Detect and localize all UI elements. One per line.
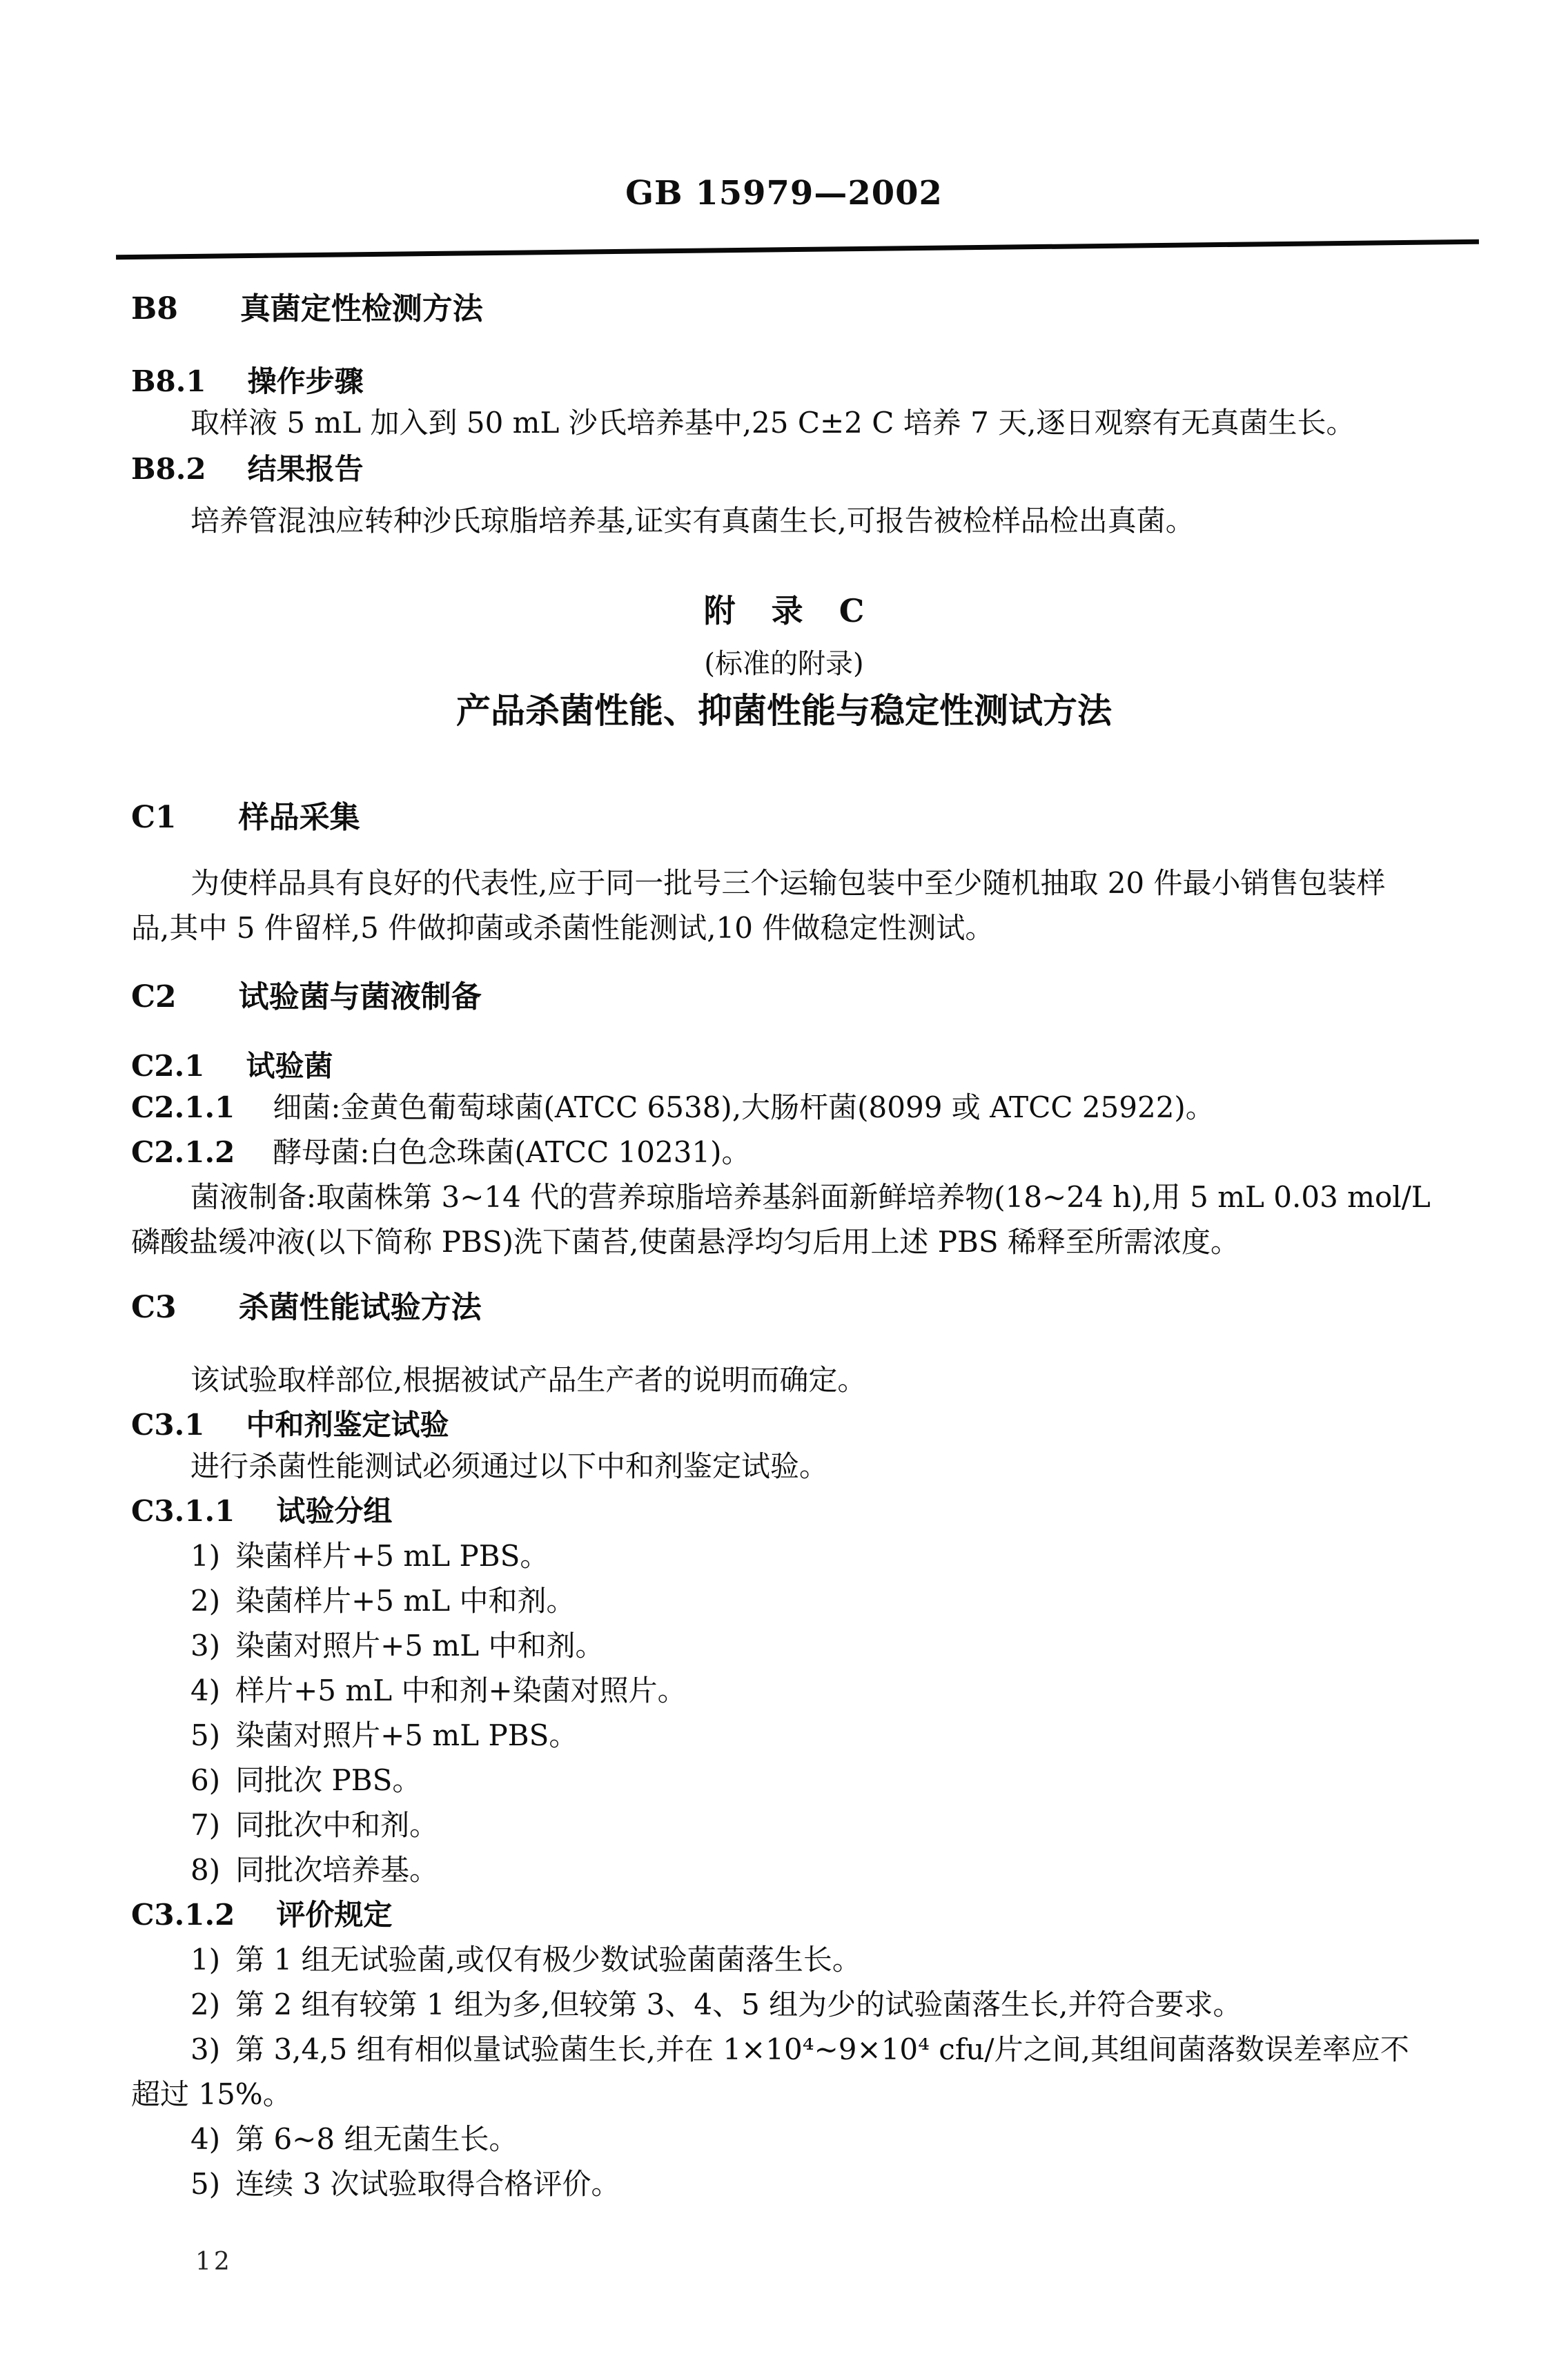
list-item-text: 同批次中和剂。 [235, 1808, 438, 1842]
heading-c3-1-title: 中和剂鉴定试验 [246, 1408, 449, 1442]
heading-c2-1-title: 试验菌 [246, 1049, 333, 1083]
list-item-num: 5) [190, 2167, 220, 2201]
heading-b8-2-num: B8.2 [131, 452, 206, 486]
heading-c3-1-2-num: C3.1.2 [131, 1898, 235, 1932]
heading-c1: C1样品采集 [131, 797, 360, 838]
paragraph-c2-prep-line1-text: 菌液制备:取菌株第 3~14 代的营养琼脂培养基斜面新鲜培养物(18~24 h)… [190, 1180, 1431, 1214]
heading-c3-1: C3.1中和剂鉴定试验 [131, 1404, 449, 1446]
paragraph-c3-1-intro-text: 进行杀菌性能测试必须通过以下中和剂鉴定试验。 [190, 1449, 828, 1483]
standard-code: GB 15979—2002 [0, 173, 1568, 214]
paragraph-c1-line1-text: 为使样品具有良好的代表性,应于同一批号三个运输包装中至少随机抽取 20 件最小销… [190, 866, 1386, 900]
list-item-num: 6) [190, 1763, 220, 1797]
heading-b8-1: B8.1操作步骤 [131, 361, 364, 402]
heading-c3: C3杀菌性能试验方法 [131, 1287, 482, 1328]
heading-c2-title: 试验菌与菌液制备 [239, 979, 482, 1014]
heading-c2: C2试验菌与菌液制备 [131, 977, 482, 1018]
heading-b8-1-num: B8.1 [131, 364, 206, 398]
heading-b8-num: B8 [131, 291, 178, 326]
appendix-c-label: 附 录 C [0, 590, 1568, 631]
paragraph-c2-prep-line1: 菌液制备:取菌株第 3~14 代的营养琼脂培养基斜面新鲜培养物(18~24 h)… [190, 1177, 1431, 1218]
list-item-text: 第 6~8 组无菌生长。 [235, 2122, 518, 2156]
list-item: 1)第 1 组无试验菌,或仅有极少数试验菌菌落生长。 [190, 1939, 861, 1981]
clause-c2-1-1-num: C2.1.1 [131, 1090, 235, 1124]
heading-c3-1-num: C3.1 [131, 1408, 205, 1442]
heading-c2-1-num: C2.1 [131, 1049, 205, 1083]
paragraph-c1-line2-text: 品,其中 5 件留样,5 件做抑菌或杀菌性能测试,10 件做稳定性测试。 [131, 911, 994, 945]
list-item-num: 1) [190, 1539, 220, 1573]
list-item: 4)样片+5 mL 中和剂+染菌对照片。 [190, 1670, 687, 1711]
paragraph-c3-intro-text: 该试验取样部位,根据被试产品生产者的说明而确定。 [190, 1363, 866, 1397]
list-item: 4)第 6~8 组无菌生长。 [190, 2119, 518, 2160]
list-item-text: 第 2 组有较第 1 组为多,但较第 3、4、5 组为少的试验菌落生长,并符合要… [235, 1988, 1242, 2021]
heading-b8-2: B8.2结果报告 [131, 449, 364, 490]
list-item-text: 第 1 组无试验菌,或仅有极少数试验菌菌落生长。 [235, 1943, 861, 1977]
paragraph-b8-1: 取样液 5 mL 加入到 50 mL 沙氏培养基中,25 C±2 C 培养 7 … [190, 402, 1355, 444]
heading-c2-1: C2.1试验菌 [131, 1046, 333, 1087]
list-item-num: 2) [190, 1988, 220, 2021]
heading-c3-num: C3 [131, 1290, 177, 1325]
clause-c2-1-2: C2.1.2酵母菌:白色念珠菌(ATCC 10231)。 [131, 1132, 751, 1173]
paragraph-c2-prep-line2: 磷酸盐缓冲液(以下简称 PBS)洗下菌苔,使菌悬浮均匀后用上述 PBS 稀释至所… [131, 1222, 1239, 1263]
paragraph-c2-prep-line2-text: 磷酸盐缓冲液(以下简称 PBS)洗下菌苔,使菌悬浮均匀后用上述 PBS 稀释至所… [131, 1225, 1239, 1259]
list-item-num: 5) [190, 1718, 220, 1752]
list-item-num: 7) [190, 1808, 220, 1842]
list-item: 2)染菌样片+5 mL 中和剂。 [190, 1580, 575, 1622]
list-item: 3)第 3,4,5 组有相似量试验菌生长,并在 1×10⁴~9×10⁴ cfu/… [190, 2029, 1409, 2070]
heading-c3-title: 杀菌性能试验方法 [239, 1290, 482, 1325]
appendix-c-title-text: 产品杀菌性能、抑菌性能与稳定性测试方法 [456, 690, 1112, 731]
standard-code-text: GB 15979—2002 [625, 174, 943, 213]
paragraph-c1-line1: 为使样品具有良好的代表性,应于同一批号三个运输包装中至少随机抽取 20 件最小销… [190, 863, 1386, 904]
list-item-num: 2) [190, 1584, 220, 1618]
heading-c2-num: C2 [131, 979, 177, 1014]
paragraph-c3-intro: 该试验取样部位,根据被试产品生产者的说明而确定。 [190, 1360, 866, 1401]
list-item: 2)第 2 组有较第 1 组为多,但较第 3、4、5 组为少的试验菌落生长,并符… [190, 1984, 1242, 2026]
list-item-text: 同批次培养基。 [235, 1853, 438, 1887]
heading-c3-1-2-title: 评价规定 [276, 1898, 392, 1932]
page-number-text: 12 [195, 2248, 233, 2276]
heading-c3-1-1: C3.1.1试验分组 [131, 1491, 392, 1532]
list-item-num: 4) [190, 1674, 220, 1707]
paragraph-b8-1-text: 取样液 5 mL 加入到 50 mL 沙氏培养基中,25 C±2 C 培养 7 … [190, 406, 1355, 440]
list-item-num: 8) [190, 1853, 220, 1887]
clause-c2-1-2-text: 酵母菌:白色念珠菌(ATCC 10231)。 [273, 1135, 750, 1169]
list-item-text: 染菌样片+5 mL 中和剂。 [235, 1584, 575, 1618]
list-item-text: 染菌对照片+5 mL PBS。 [235, 1718, 578, 1752]
heading-b8-2-title: 结果报告 [248, 452, 364, 486]
list-item-num: 3) [190, 1629, 220, 1662]
clause-c2-1-1: C2.1.1细菌:金黄色葡萄球菌(ATCC 6538),大肠杆菌(8099 或 … [131, 1087, 1215, 1128]
heading-b8-1-title: 操作步骤 [248, 364, 364, 398]
list-item-text: 样片+5 mL 中和剂+染菌对照片。 [235, 1674, 687, 1707]
list-item-num: 1) [190, 1943, 220, 1977]
heading-c3-1-2: C3.1.2评价规定 [131, 1894, 392, 1936]
list-item-text: 连续 3 次试验取得合格评价。 [235, 2167, 620, 2201]
paragraph-b8-2: 培养管混浊应转种沙氏琼脂培养基,证实有真菌生长,可报告被检样品检出真菌。 [190, 500, 1195, 542]
list-item: 5)连续 3 次试验取得合格评价。 [190, 2164, 620, 2205]
paragraph-c1-line2: 品,其中 5 件留样,5 件做抑菌或杀菌性能测试,10 件做稳定性测试。 [131, 908, 994, 949]
list-item-continuation-text: 超过 15%。 [131, 2077, 292, 2111]
clause-c2-1-2-num: C2.1.2 [131, 1135, 235, 1169]
heading-b8: B8真菌定性检测方法 [131, 288, 483, 330]
heading-b8-title: 真菌定性检测方法 [240, 291, 483, 326]
list-item: 3)染菌对照片+5 mL 中和剂。 [190, 1625, 604, 1667]
list-item-continuation: 超过 15%。 [131, 2074, 292, 2115]
appendix-c-note: (标准的附录) [0, 643, 1568, 685]
heading-c3-1-1-num: C3.1.1 [131, 1494, 235, 1528]
document-page: GB 15979—2002 B8真菌定性检测方法 B8.1操作步骤 取样液 5 … [0, 0, 1568, 2354]
header-rule [116, 239, 1479, 259]
appendix-c-label-text: 附 录 C [704, 592, 865, 629]
list-item-text: 染菌样片+5 mL PBS。 [235, 1539, 549, 1573]
list-item: 7)同批次中和剂。 [190, 1805, 438, 1846]
list-item-num: 3) [190, 2032, 220, 2066]
list-item: 8)同批次培养基。 [190, 1850, 438, 1891]
appendix-c-note-text: (标准的附录) [704, 648, 863, 680]
heading-c1-title: 样品采集 [239, 800, 360, 835]
list-item-text: 染菌对照片+5 mL 中和剂。 [235, 1629, 604, 1662]
list-item-text: 同批次 PBS。 [235, 1763, 421, 1797]
list-item: 1)染菌样片+5 mL PBS。 [190, 1536, 549, 1577]
paragraph-c3-1-intro: 进行杀菌性能测试必须通过以下中和剂鉴定试验。 [190, 1446, 828, 1487]
paragraph-b8-2-text: 培养管混浊应转种沙氏琼脂培养基,证实有真菌生长,可报告被检样品检出真菌。 [190, 504, 1195, 538]
clause-c2-1-1-text: 细菌:金黄色葡萄球菌(ATCC 6538),大肠杆菌(8099 或 ATCC 2… [273, 1090, 1214, 1124]
heading-c1-num: C1 [131, 800, 177, 835]
appendix-c-title: 产品杀菌性能、抑菌性能与稳定性测试方法 [0, 690, 1568, 732]
page-number: 12 [195, 2242, 233, 2283]
heading-c3-1-1-title: 试验分组 [276, 1494, 392, 1528]
list-item: 6)同批次 PBS。 [190, 1760, 421, 1801]
list-item-text: 第 3,4,5 组有相似量试验菌生长,并在 1×10⁴~9×10⁴ cfu/片之… [235, 2032, 1409, 2066]
list-item: 5)染菌对照片+5 mL PBS。 [190, 1715, 578, 1756]
list-item-num: 4) [190, 2122, 220, 2156]
